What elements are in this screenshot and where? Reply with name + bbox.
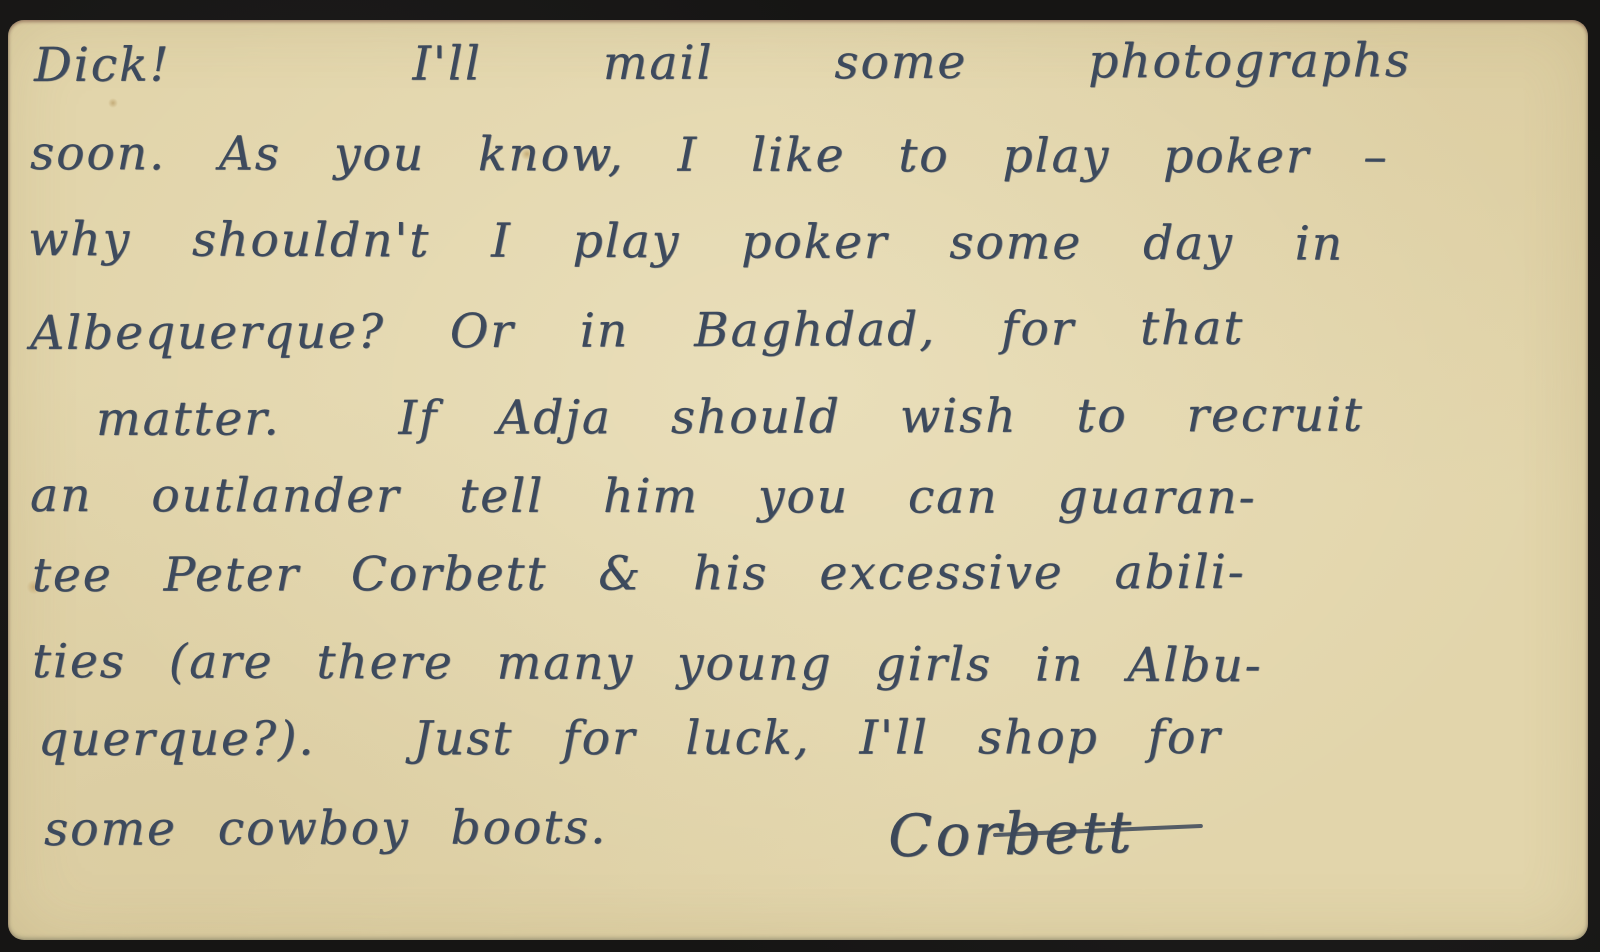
message-line-2: soon. As you know, I like to play poker … <box>30 126 1389 185</box>
message-line-5: matter. If Adja should wish to recruit <box>96 388 1364 447</box>
message-line-7: tee Peter Corbett & his excessive abili- <box>32 545 1246 603</box>
message-line-3: why shouldn't I play poker some day in <box>28 212 1344 272</box>
message-line-1: Dick! I'll mail some photographs <box>34 33 1411 93</box>
message-line-6: an outlander tell him you can guaran- <box>30 468 1257 525</box>
message-line-4: Albequerque? Or in Baghdad, for that <box>30 301 1244 361</box>
postcard: Dick! I'll mail some photographs soon. A… <box>8 20 1588 940</box>
scan-background: Dick! I'll mail some photographs soon. A… <box>0 0 1600 952</box>
message-line-9: querque?). Just for luck, I'll shop for <box>38 710 1222 767</box>
signature: Corbett <box>887 798 1134 870</box>
paper-stain <box>108 98 118 108</box>
message-line-8: ties (are there many young girls in Albu… <box>32 634 1263 693</box>
message-line-10: some cowboy boots. <box>44 800 607 857</box>
